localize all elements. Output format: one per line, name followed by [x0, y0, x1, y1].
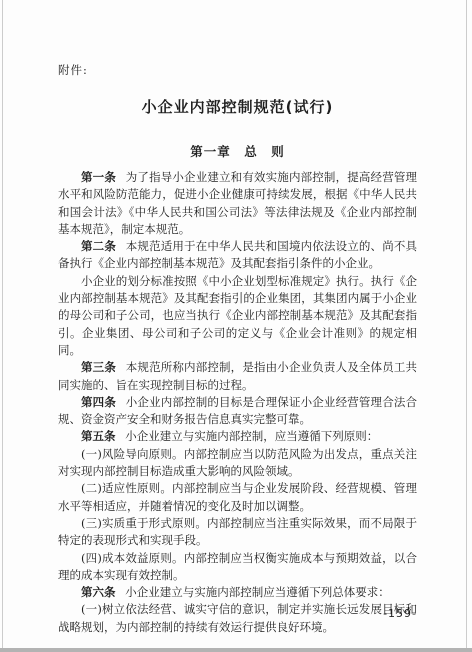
document-page: 附件: 小企业内部控制规范(试行) 第一章 总 则 第一条为了指导小企业建立和有…	[0, 0, 472, 652]
paragraph: (一)风险导向原则。内部控制应当以防范风险为出发点，重点关注对实现内部控制目标造…	[58, 446, 417, 481]
paragraph-text: (二)适应性原则。内部控制应当与企业发展阶段、经营规模、管理水平等相适应，并随着…	[58, 481, 417, 512]
document-body: 第一条为了指导小企业建立和有效实施内部控制，提高经营管理水平和风险防范能力，促进…	[58, 169, 417, 636]
page-left-edge	[2, 0, 3, 648]
paragraph-text: (三)实质重于形式原则。内部控制应当注重实际效果，而不局限于特定的表现形式和实现…	[58, 516, 417, 547]
document-title: 小企业内部控制规范(试行)	[58, 96, 417, 117]
paragraph: 第三条本规范所称内部控制，是指由小企业负责人及全体员工共同实施的、旨在实现控制目…	[58, 359, 417, 394]
paragraph: 第二条本规范适用于在中华人民共和国境内依法设立的、尚不具备执行《企业内部控制基本…	[58, 238, 417, 273]
article-number: 第一条	[81, 170, 116, 184]
paragraph: 第一条为了指导小企业建立和有效实施内部控制，提高经营管理水平和风险防范能力，促进…	[58, 169, 417, 238]
paragraph: (一)树立依法经营、诚实守信的意识，制定并实施长远发展目标和战略规划，为内部控制…	[58, 601, 417, 636]
attachment-label: 附件:	[58, 62, 88, 78]
paragraph: 小企业的划分标准按照《中小企业划型标准规定》执行。执行《企业内部控制基本规范》及…	[58, 273, 417, 359]
paragraph-text: (一)树立依法经营、诚实守信的意识，制定并实施长远发展目标和战略规划，为内部控制…	[58, 602, 417, 633]
chapter-heading: 第一章 总 则	[58, 142, 417, 160]
page-number: -159-	[383, 607, 417, 620]
page-bottom-edge	[0, 648, 472, 652]
article-number: 第二条	[81, 239, 116, 253]
article-number: 第五条	[81, 429, 116, 443]
paragraph-text: 小企业建立与实施内部控制应当遵循下列总体要求：	[125, 585, 390, 599]
page-right-edge	[466, 0, 467, 648]
paragraph-text: (一)风险导向原则。内部控制应当以防范风险为出发点，重点关注对实现内部控制目标造…	[58, 447, 417, 478]
paragraph-text: 小企业建立与实施内部控制，应当遵循下列原则：	[125, 429, 378, 443]
paragraph: 第四条小企业内部控制的目标是合理保证小企业经营管理合法合规、资金资产安全和财务报…	[58, 394, 417, 429]
paragraph: (四)成本效益原则。内部控制应当权衡实施成本与预期效益，以合理的成本实现有效控制…	[58, 550, 417, 585]
paragraph-text: 小企业的划分标准按照《中小企业划型标准规定》执行。执行《企业内部控制基本规范》及…	[58, 274, 417, 357]
article-number: 第四条	[81, 395, 116, 409]
paragraph: (二)适应性原则。内部控制应当与企业发展阶段、经营规模、管理水平等相适应，并随着…	[58, 480, 417, 515]
paragraph: 第五条小企业建立与实施内部控制，应当遵循下列原则：	[58, 428, 417, 445]
paragraph: (三)实质重于形式原则。内部控制应当注重实际效果，而不局限于特定的表现形式和实现…	[58, 515, 417, 550]
paragraph: 第六条小企业建立与实施内部控制应当遵循下列总体要求：	[58, 584, 417, 601]
paragraph-text: (四)成本效益原则。内部控制应当权衡实施成本与预期效益，以合理的成本实现有效控制…	[58, 551, 417, 582]
article-number: 第六条	[81, 585, 116, 599]
article-number: 第三条	[81, 360, 116, 374]
